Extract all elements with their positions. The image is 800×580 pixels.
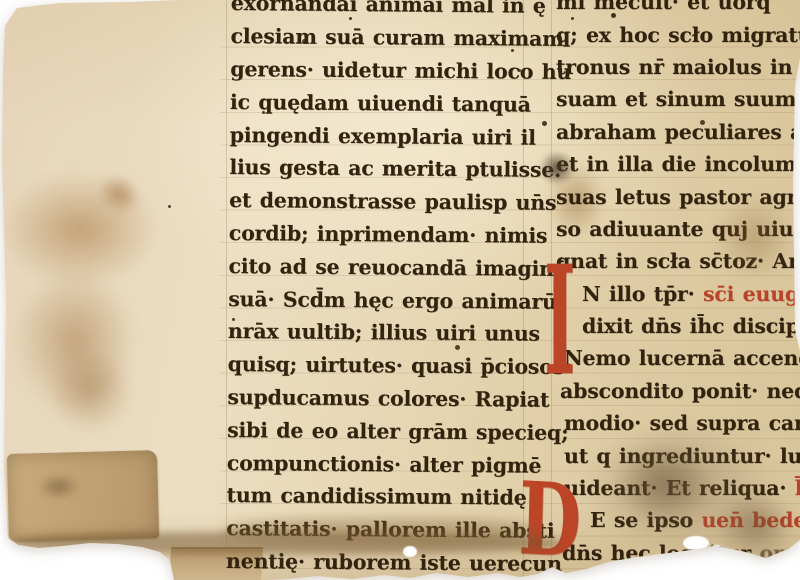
text-line: E se ipso uen̄ bede pb̄ri (556, 504, 800, 536)
manuscript-text: ic quędam uiuendi tanquā (230, 90, 531, 117)
text-line: sibi de eo alter grām specieq; (227, 413, 569, 449)
text-line: suam et sinum suum i (556, 83, 800, 115)
stain-left-finger (79, 156, 158, 231)
text-line: mi mecuit̄· et uorq̄ (556, 0, 800, 18)
manuscript-text: quisq; uirtutes· quasi p̄ciosos (228, 352, 565, 379)
manuscript-text: ut q ingrediuntur· lu (564, 444, 800, 468)
manuscript-text: lius gesta ac merita ptulisse. (229, 155, 561, 182)
manuscript-text: cordib; inprimendam· nimis (229, 221, 548, 248)
text-line: modio· sed supra cand (556, 407, 800, 439)
text-line: Nemo lucernā accendit (556, 342, 800, 374)
text-line: cordib; inprimendam· nimis (229, 217, 571, 253)
text-line: tronus nr̄ maiolus in s (556, 51, 800, 83)
manuscript-text: exornandai animai mal in ę (231, 0, 546, 18)
text-line: dn̄s hęc loquitur omīa (556, 537, 800, 569)
text-line: tum candidissimum nitidę (226, 479, 568, 515)
text-line: ic quędam uiuendi tanquā (230, 85, 572, 121)
manuscript-text: abscondito ponit· neq (560, 379, 800, 403)
text-column-right: mi mecuit̄· et uorq̄q; ex hoc scło migra… (556, 0, 800, 569)
text-line: so adiuuante quj uiuit (556, 213, 800, 245)
manuscript-photo: exornandai animai mal in ęclesiam suā cu… (0, 0, 800, 580)
manuscript-text: so adiuuante quj uiuit (556, 217, 800, 241)
stain-left-lower (30, 330, 150, 450)
stain-left-upper (0, 150, 190, 310)
text-line: lius gesta ac merita ptulisse. (229, 151, 571, 187)
parchment-leaf: exornandai animai mal in ęclesiam suā cu… (0, 0, 800, 580)
text-line: nrāx uultib; illius uiri unus (228, 315, 570, 351)
manuscript-text: compunctionis· alter pigmē (227, 451, 542, 478)
manuscript-text: omīa (759, 541, 800, 565)
parchment-hole-1 (403, 546, 417, 557)
ink-specks (0, 0, 3, 3)
text-line: castitatis· pallorem ille absti (226, 512, 568, 548)
manuscript-text: gerens· uidetur michi loco hu (230, 57, 571, 84)
text-line: clesiam suā curam maximam (230, 20, 572, 56)
parchment-hole-2 (683, 536, 709, 550)
manuscript-text: supducamus colores· Rapiat (227, 385, 549, 412)
manuscript-text: et in illa die incolumes (556, 152, 800, 176)
manuscript-text: nrāx uultib; illius uiri unus (228, 319, 540, 346)
manuscript-text: suam et sinum suum i (556, 87, 800, 111)
rubricated-initial-D: D (517, 468, 582, 571)
text-line: nentię· ruborem iste uerecun (226, 545, 568, 580)
rubricated-initial-I: I (544, 246, 576, 396)
rubric-text: uen̄ bede pb̄ri (701, 508, 800, 532)
manuscript-text: suas letus pastor agnosc (556, 185, 800, 209)
text-line: et in illa die incolumes (556, 148, 800, 180)
manuscript-text: pingendi exemplaria uiri il (230, 123, 536, 150)
text-line: supducamus colores· Rapiat (227, 381, 569, 417)
text-line: ut q ingrediuntur· lu (556, 439, 800, 471)
text-line: suā· Scd̄m hęc ergo animarū (228, 282, 570, 318)
manuscript-text: dixit dn̄s ih̄c discipulis (582, 314, 800, 338)
text-line: et demonstrasse paulisp un̄s (229, 184, 571, 220)
manuscript-text: suā· Scd̄m hęc ergo animarū (228, 287, 557, 314)
manuscript-text: sibi de eo alter grām specieq; (227, 418, 569, 445)
manuscript-text: tum candidissimum nitidę (226, 483, 526, 510)
text-line: abraham peculiares acc (556, 116, 800, 148)
manuscript-text: mi mecuit̄· et uorq̄ (556, 0, 771, 14)
manuscript-text: et demonstrasse paulisp un̄s (229, 188, 556, 215)
patch-stain (27, 468, 90, 506)
text-line: q; ex hoc scło migratur (556, 18, 800, 50)
manuscript-text: E se ipso (590, 508, 701, 532)
text-line: abscondito ponit· neq (556, 375, 800, 407)
manuscript-text: castitatis· pallorem ille absti (226, 516, 554, 543)
text-line: quisq; uirtutes· quasi p̄ciosos (228, 348, 570, 384)
manuscript-text: gnat in scła sc̄toz· Am̄ (556, 249, 800, 273)
text-line: compunctionis· alter pigmē (227, 446, 569, 482)
manuscript-text: uideant· Et reliqua· (564, 476, 795, 500)
leaf-shadow-wrap: exornandai animai mal in ęclesiam suā cu… (0, 0, 800, 580)
text-line: gerens· uidetur michi loco hu (230, 53, 572, 89)
text-line: uideant· Et reliqua· h̄ (556, 472, 800, 504)
rubric-text: sc̄i euuglij sc̄ (703, 282, 800, 306)
manuscript-text: abraham peculiares acc (556, 120, 800, 144)
text-line: N illo tp̄r· sc̄i euuglij sc̄ (556, 278, 800, 310)
rubric-text: h̄ (795, 476, 800, 500)
text-line: pingendi exemplaria uiri il (230, 118, 572, 154)
text-line: cito ad se reuocandā imaginē (228, 249, 570, 285)
manuscript-text: tronus nr̄ maiolus in s (556, 55, 800, 79)
manuscript-text: clesiam suā curam maximam (230, 24, 563, 51)
text-line: gnat in scła sc̄toz· Am̄ (556, 245, 800, 277)
manuscript-text: Nemo lucernā accendit (564, 346, 800, 370)
stain-left-middle (0, 240, 160, 440)
text-line: suas letus pastor agnosc (556, 180, 800, 212)
manuscript-text: q; ex hoc scło migratur (556, 23, 800, 47)
repair-patch (7, 450, 159, 542)
manuscript-text: nentię· ruborem iste uerecun (226, 549, 562, 576)
manuscript-text: modio· sed supra cand (564, 411, 800, 435)
manuscript-text: cito ad se reuocandā imaginē (228, 254, 566, 281)
manuscript-text: N illo tp̄r· (582, 282, 703, 306)
text-line: dixit dn̄s ih̄c discipulis (556, 310, 800, 342)
manuscript-text: dn̄s hęc loquitur (562, 541, 759, 565)
parchment-hole-3 (708, 545, 724, 555)
